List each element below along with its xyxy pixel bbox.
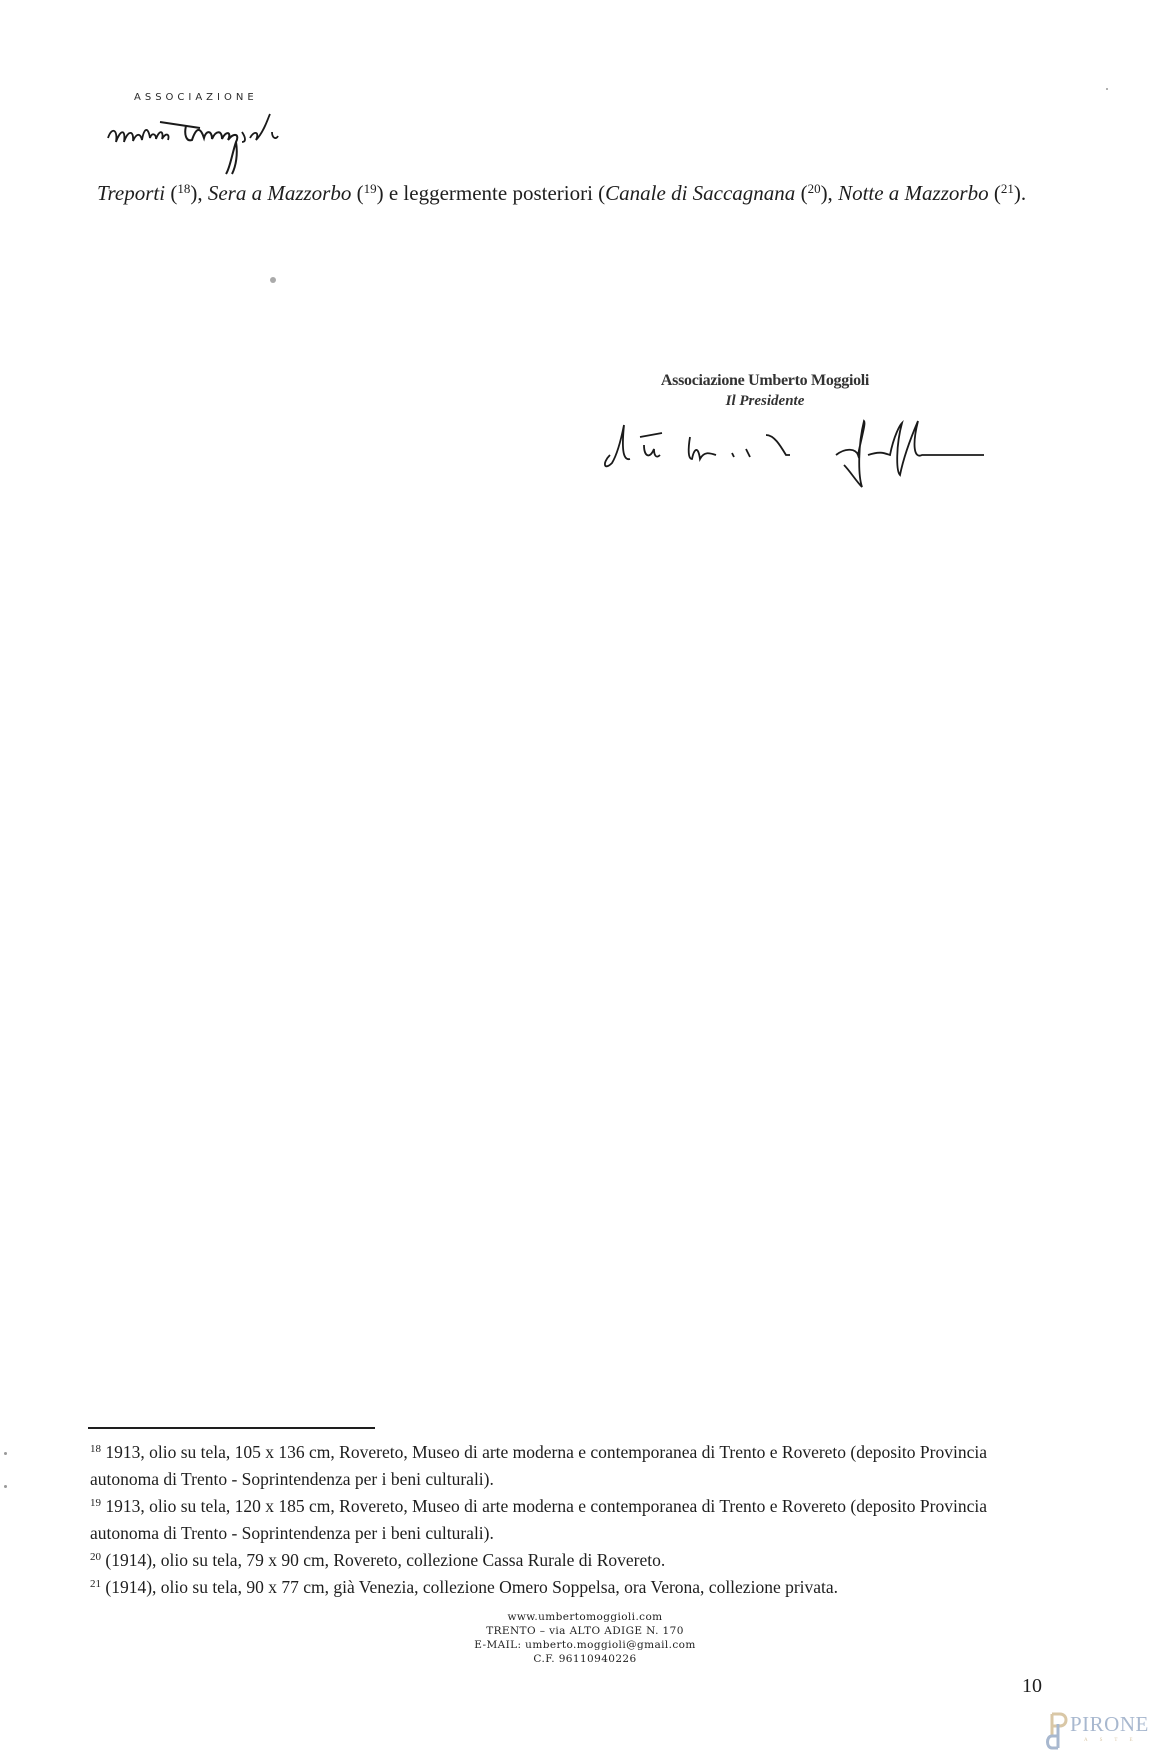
body-text-run: ( bbox=[165, 181, 177, 205]
scan-speck bbox=[4, 1452, 7, 1455]
footnote-ref[interactable]: 21 bbox=[1001, 181, 1014, 196]
body-text-run: ), bbox=[821, 181, 839, 205]
artwork-title: Notte a Mazzorbo bbox=[838, 181, 989, 205]
watermark-name: PIRONE bbox=[1070, 1712, 1149, 1737]
footnote-19: 19 1913, olio su tela, 120 x 185 cm, Rov… bbox=[90, 1493, 1050, 1547]
body-text-run: ), bbox=[190, 181, 208, 205]
letterhead-label: ASSOCIAZIONE bbox=[134, 92, 258, 103]
footnote-18: 18 1913, olio su tela, 105 x 136 cm, Rov… bbox=[90, 1439, 1050, 1493]
body-text-run: ( bbox=[351, 181, 363, 205]
pirone-logo-icon bbox=[1044, 1710, 1070, 1750]
umberto-moggioli-logo-icon bbox=[100, 108, 310, 178]
page-number: 10 bbox=[1022, 1675, 1042, 1698]
body-text-run: ). bbox=[1014, 181, 1026, 205]
footnote-20: 20 (1914), olio su tela, 79 x 90 cm, Rov… bbox=[90, 1547, 1050, 1574]
body-text-run: ( bbox=[795, 181, 807, 205]
signature-role: Il Presidente bbox=[630, 393, 900, 410]
watermark-sub: ASTE bbox=[1084, 1738, 1145, 1743]
body-text-run: ) e leggermente posteriori ( bbox=[377, 181, 606, 205]
artwork-title: Treporti bbox=[97, 181, 165, 205]
handwritten-signature-icon bbox=[600, 415, 1030, 510]
address-block: www.umbertomoggioli.com TRENTO – via ALT… bbox=[385, 1610, 785, 1666]
address-website[interactable]: www.umbertomoggioli.com bbox=[385, 1610, 785, 1624]
body-text-run: ( bbox=[989, 181, 1001, 205]
footnote-ref[interactable]: 19 bbox=[364, 181, 377, 196]
address-email[interactable]: E-MAIL: umberto.moggioli@gmail.com bbox=[385, 1638, 785, 1652]
footnote-separator bbox=[88, 1427, 375, 1429]
artwork-title: Canale di Saccagnana bbox=[605, 181, 795, 205]
artwork-title: Sera a Mazzorbo bbox=[208, 181, 352, 205]
signature-organization: Associazione Umberto Moggioli bbox=[630, 372, 900, 390]
footnote-ref[interactable]: 18 bbox=[177, 181, 190, 196]
address-street: TRENTO – via ALTO ADIGE N. 170 bbox=[385, 1624, 785, 1638]
footnote-21: 21 (1914), olio su tela, 90 x 77 cm, già… bbox=[90, 1574, 1050, 1601]
address-tax-code: C.F. 96110940226 bbox=[385, 1652, 785, 1666]
scan-speck bbox=[4, 1485, 7, 1488]
scan-speck bbox=[270, 277, 276, 283]
footnote-ref[interactable]: 20 bbox=[808, 181, 821, 196]
pirone-watermark: PIRONE ASTE bbox=[1044, 1710, 1169, 1750]
scan-speck bbox=[1106, 88, 1108, 90]
body-paragraph: Treporti (18), Sera a Mazzorbo (19) e le… bbox=[97, 178, 1067, 208]
footnotes: 18 1913, olio su tela, 105 x 136 cm, Rov… bbox=[90, 1439, 1050, 1601]
